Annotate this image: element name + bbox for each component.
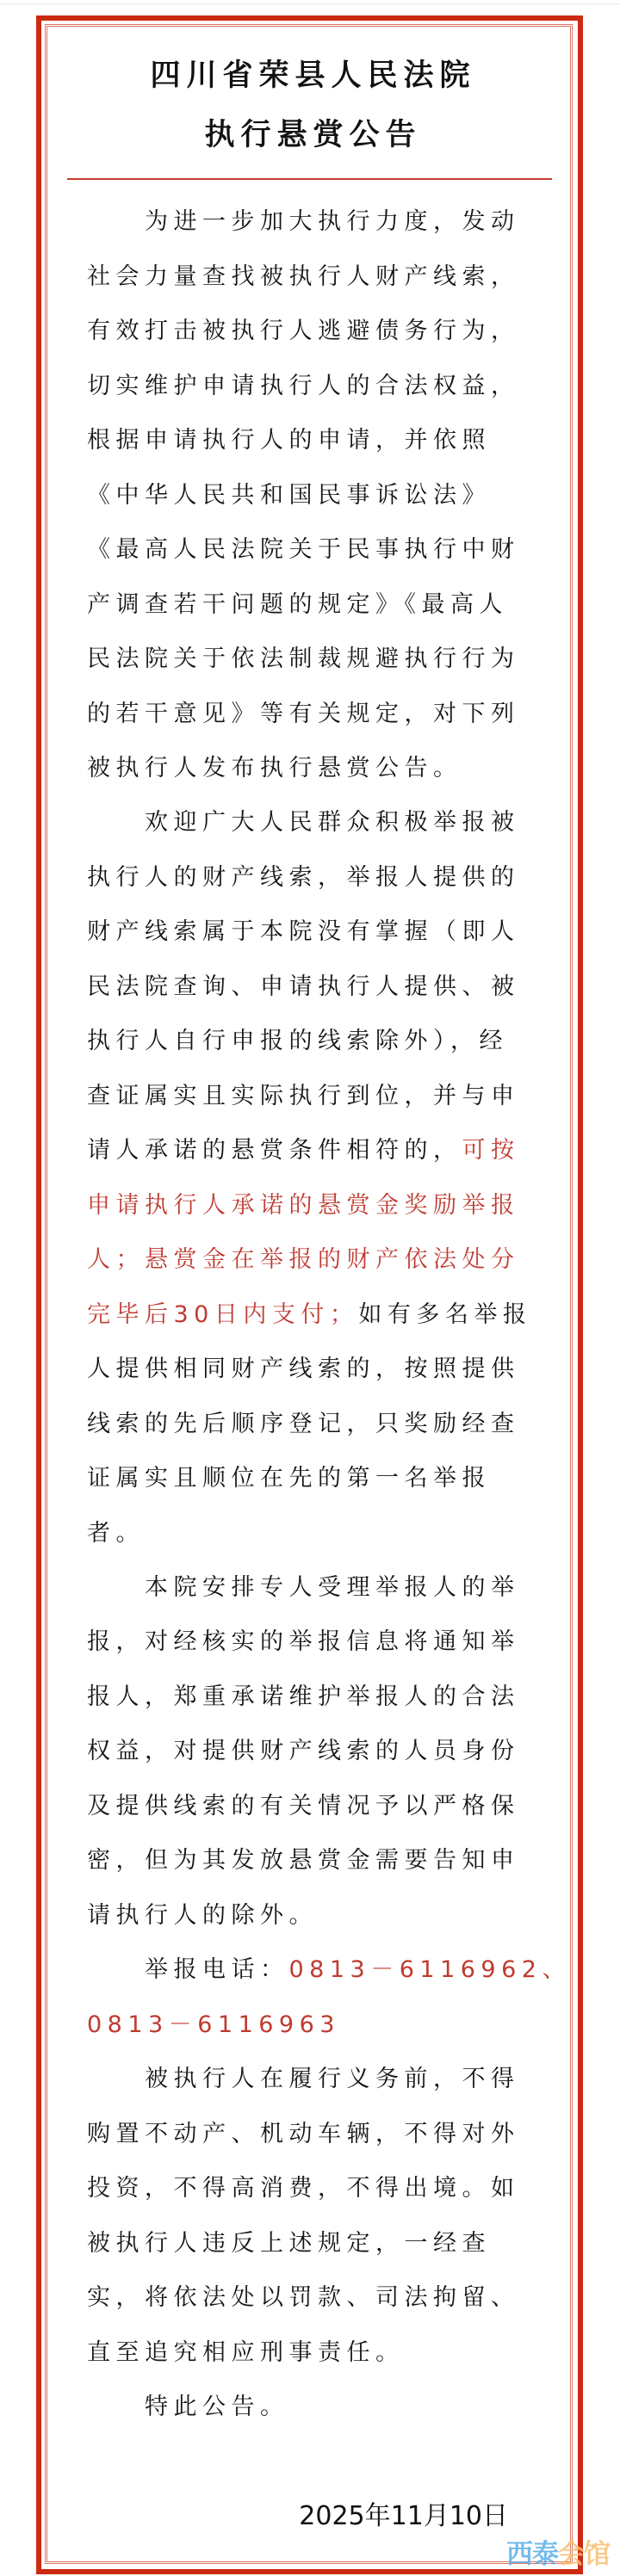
line-text: 直至追究相应刑事责任。: [87, 2339, 405, 2366]
notice-line: 完毕后30日内支付；如有多名举报: [0, 1288, 620, 1342]
notice-line: 人提供相同财产线索的，按照提供: [0, 1342, 620, 1396]
line-text: 为进一步加大执行力度，发动: [145, 208, 520, 235]
notice-body: 为进一步加大执行力度，发动 社会力量查找被执行人财产线索， 有效打击被执行人逃避…: [0, 195, 620, 2543]
notice-line: 为进一步加大执行力度，发动: [0, 195, 620, 249]
line-text: 购置不动产、机动车辆，不得对外: [87, 2121, 520, 2147]
title-court-name: 四川省荣县人民法院: [6, 46, 620, 106]
notice-line: 社会力量查找被执行人财产线索，: [0, 250, 620, 304]
notice-line: 的若干意见》等有关规定，对下列: [0, 687, 620, 741]
notice-line: 根据申请执行人的申请，并依照: [0, 413, 620, 467]
line-text: 线索的先后顺序登记，只奖励经查: [87, 1411, 520, 1437]
paragraph-closing: 特此公告。: [0, 2380, 620, 2434]
hotline-number-2: 0813－6116963: [87, 2011, 340, 2038]
line-text: 证属实且顺位在先的第一名举报: [87, 1465, 491, 1492]
line-text: 民法院关于依法制裁规避执行行为: [87, 646, 520, 672]
line-text: 投资，不得高消费，不得出境。如: [87, 2175, 520, 2202]
highlight-text: 申请执行人承诺的悬赏金奖励举报: [87, 1192, 520, 1219]
paragraph-reward-terms: 欢迎广大人民群众积极举报被 执行人的财产线索，举报人提供的 财产线索属于本院没有…: [0, 795, 620, 1560]
notice-line: 本院安排专人受理举报人的举: [0, 1560, 620, 1615]
line-text: 根据申请执行人的申请，并依照: [87, 427, 491, 454]
notice-line: 实，将依法处以罚款、司法拘留、: [0, 2270, 620, 2325]
notice-line: 被执行人发布执行悬赏公告。: [0, 741, 620, 795]
line-text: 实，将依法处以罚款、司法拘留、: [87, 2284, 520, 2311]
line-text: 密，但为其发放悬赏金需要告知申: [87, 1847, 520, 1874]
notice-line: 《中华人民共和国民事诉讼法》: [0, 468, 620, 522]
title-notice-type: 执行悬赏公告: [6, 106, 620, 165]
paragraph-restrictions: 被执行人在履行义务前，不得 购置不动产、机动车辆，不得对外 投资，不得高消费，不…: [0, 2052, 620, 2380]
line-text: 《中华人民共和国民事诉讼法》: [87, 482, 491, 509]
line-text: 查证属实且实际执行到位，并与申: [87, 1083, 520, 1109]
hotline-label: 举报电话：: [145, 1956, 289, 1983]
notice-line: 人；悬赏金在举报的财产依法处分: [0, 1232, 620, 1287]
watermark-logo: 西泰会馆: [506, 2539, 610, 2570]
line-text: 财产线索属于本院没有掌握（即人: [87, 918, 520, 945]
notice-line: 民法院查询、申请执行人提供、被: [0, 960, 620, 1014]
line-text: 被执行人发布执行悬赏公告。: [87, 755, 462, 781]
line-text: 人提供相同财产线索的，按照提供: [87, 1356, 520, 1382]
watermark-text-orange: 会馆: [558, 2539, 610, 2570]
notice-line: 直至追究相应刑事责任。: [0, 2326, 620, 2380]
notice-line: 被执行人违反上述规定，一经查: [0, 2216, 620, 2270]
notice-line: 密，但为其发放悬赏金需要告知申: [0, 1833, 620, 1887]
notice-line: 请执行人的除外。: [0, 1888, 620, 1943]
line-text: 请人承诺的悬赏条件相符的，: [87, 1137, 462, 1164]
notice-line: 产调查若干问题的规定》《最高人: [0, 578, 620, 632]
notice-line: 及提供线索的有关情况予以严格保: [0, 1779, 620, 1833]
line-text: 及提供线索的有关情况予以严格保: [87, 1793, 520, 1819]
notice-line: 查证属实且实际执行到位，并与申: [0, 1069, 620, 1123]
line-text: 本院安排专人受理举报人的举: [145, 1574, 520, 1601]
notice-line: 者。: [0, 1506, 620, 1560]
line-text: 报，对经核实的举报信息将通知举: [87, 1628, 520, 1655]
notice-line: 特此公告。: [0, 2380, 620, 2434]
notice-line: 线索的先后顺序登记，只奖励经查: [0, 1397, 620, 1451]
highlight-text: 完毕后30日内支付；: [87, 1301, 358, 1328]
title-divider: [67, 178, 552, 180]
line-text: 产调查若干问题的规定》《最高人: [87, 591, 508, 618]
notice-line: 举报电话：0813－6116962、: [0, 1943, 620, 1997]
line-text: 切实维护申请执行人的合法权益，: [87, 373, 520, 399]
notice-line: 0813－6116963: [0, 1998, 620, 2052]
notice-line: 证属实且顺位在先的第一名举报: [0, 1451, 620, 1505]
line-text: 如有多名举报: [358, 1301, 531, 1328]
line-text: 报人，郑重承诺维护举报人的合法: [87, 1683, 520, 1710]
highlight-text: 人；悬赏金在举报的财产依法处分: [87, 1246, 520, 1273]
line-text: 执行人自行申报的线索除外），经: [87, 1028, 508, 1054]
notice-line: 申请执行人承诺的悬赏金奖励举报: [0, 1178, 620, 1232]
line-text: 民法院查询、申请执行人提供、被: [87, 973, 520, 1000]
notice-line: 执行人的财产线索，举报人提供的: [0, 850, 620, 905]
notice-line: 财产线索属于本院没有掌握（即人: [0, 905, 620, 959]
line-text: 有效打击被执行人逃避债务行为，: [87, 318, 520, 344]
line-text: 被执行人在履行义务前，不得: [145, 2066, 520, 2092]
hotline-number-1: 0813－6116962、: [289, 1956, 571, 1983]
notice-line: 购置不动产、机动车辆，不得对外: [0, 2107, 620, 2161]
line-text: 请执行人的除外。: [87, 1902, 318, 1929]
notice-line: 民法院关于依法制裁规避执行行为: [0, 632, 620, 686]
line-text: 者。: [87, 1520, 145, 1547]
line-text: 社会力量查找被执行人财产线索，: [87, 263, 520, 290]
notice-line: 报，对经核实的举报信息将通知举: [0, 1615, 620, 1669]
highlight-text: 可按: [462, 1137, 520, 1164]
paragraph-confidentiality: 本院安排专人受理举报人的举 报，对经核实的举报信息将通知举 报人，郑重承诺维护举…: [0, 1560, 620, 1943]
line-text: 被执行人违反上述规定，一经查: [87, 2230, 491, 2257]
spacer: [0, 2435, 620, 2489]
notice-date: 2025年11月10日: [0, 2489, 620, 2543]
notice-line: 权益，对提供财产线索的人员身份: [0, 1724, 620, 1778]
notice-line: 投资，不得高消费，不得出境。如: [0, 2161, 620, 2215]
paragraph-intro: 为进一步加大执行力度，发动 社会力量查找被执行人财产线索， 有效打击被执行人逃避…: [0, 195, 620, 795]
top-divider: [0, 3, 620, 4]
line-text: 《最高人民法院关于民事执行中财: [87, 536, 520, 563]
watermark-text-blue: 西泰: [506, 2539, 558, 2570]
line-text: 的若干意见》等有关规定，对下列: [87, 701, 520, 727]
notice-line: 有效打击被执行人逃避债务行为，: [0, 304, 620, 358]
notice-line: 被执行人在履行义务前，不得: [0, 2052, 620, 2106]
line-text: 特此公告。: [145, 2394, 289, 2420]
notice-line: 切实维护申请执行人的合法权益，: [0, 359, 620, 413]
notice-line: 欢迎广大人民群众积极举报被: [0, 795, 620, 849]
notice-line: 《最高人民法院关于民事执行中财: [0, 522, 620, 577]
notice-line: 报人，郑重承诺维护举报人的合法: [0, 1670, 620, 1724]
line-text: 执行人的财产线索，举报人提供的: [87, 864, 520, 891]
notice-title: 四川省荣县人民法院 执行悬赏公告: [0, 46, 620, 165]
notice-line: 执行人自行申报的线索除外），经: [0, 1014, 620, 1068]
paragraph-hotline: 举报电话：0813－6116962、 0813－6116963: [0, 1943, 620, 2052]
notice-line: 请人承诺的悬赏条件相符的，可按: [0, 1123, 620, 1177]
line-text: 权益，对提供财产线索的人员身份: [87, 1738, 520, 1764]
line-text: 欢迎广大人民群众积极举报被: [145, 809, 520, 836]
